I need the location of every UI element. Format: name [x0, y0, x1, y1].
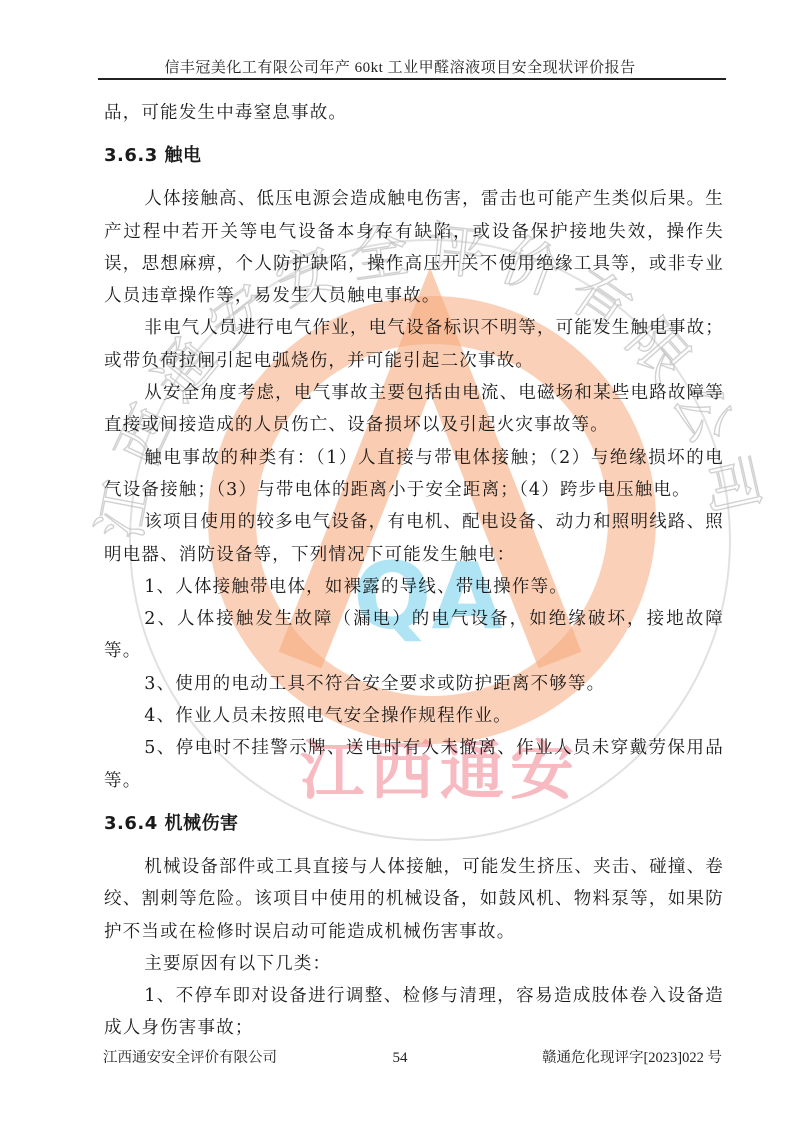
continuation-paragraph: 品，可能发生中毒窒息事故。 [104, 97, 724, 129]
paragraph: 从安全角度考虑，电气事故主要包括由电流、电磁场和某些电路故障等直接或间接造成的人… [104, 377, 724, 442]
footer-doc-number: 赣通危化现评字[2023]022 号 [542, 1046, 722, 1067]
header-divider [98, 78, 726, 80]
list-item: 2、人体接触发生故障（漏电）的电气设备，如绝缘破坏，接地故障等。 [104, 603, 724, 668]
section-heading-mechanical-injury: 3.6.4 机械伤害 [104, 807, 724, 841]
list-item: 1、人体接触带电体，如裸露的导线、带电操作等。 [104, 571, 724, 603]
list-item: 1、不停车即对设备进行调整、检修与清理，容易造成肢体卷入设备造成人身伤害事故； [104, 980, 724, 1045]
paragraph: 机械设备部件或工具直接与人体接触，可能发生挤压、夹击、碰撞、卷绞、割刺等危险。该… [104, 851, 724, 948]
paragraph: 该项目使用的较多电气设备，有电机、配电设备、动力和照明线路、照明电器、消防设备等… [104, 506, 724, 571]
page-header-title: 信丰冠美化工有限公司年产 60kt 工业甲醛溶液项目安全现状评价报告 [0, 56, 800, 77]
list-item: 3、使用的电动工具不符合安全要求或防护距离不够等。 [104, 668, 724, 700]
section-heading-electric-shock: 3.6.3 触电 [104, 139, 724, 173]
list-item: 5、停电时不挂警示牌、送电时有人未撤离、作业人员未穿戴劳保用品等。 [104, 732, 724, 797]
paragraph: 触电事故的种类有：（1）人直接与带电体接触；（2）与绝缘损坏的电气设备接触；（3… [104, 442, 724, 507]
document-page: 江西通安安全评价有限公司 QA 江西通安 信丰冠美化工有限公司年产 60kt 工… [0, 0, 800, 1131]
paragraph: 非电气人员进行电气作业，电气设备标识不明等，可能发生触电事故；或带负荷拉闸引起电… [104, 312, 724, 377]
list-item: 4、作业人员未按照电气安全操作规程作业。 [104, 700, 724, 732]
document-body: 品，可能发生中毒窒息事故。 3.6.3 触电 人体接触高、低压电源会造成触电伤害… [104, 97, 724, 1045]
paragraph: 人体接触高、低压电源会造成触电伤害，雷击也可能产生类似后果。生产过程中若开关等电… [104, 183, 724, 312]
paragraph: 主要原因有以下几类： [104, 948, 724, 980]
